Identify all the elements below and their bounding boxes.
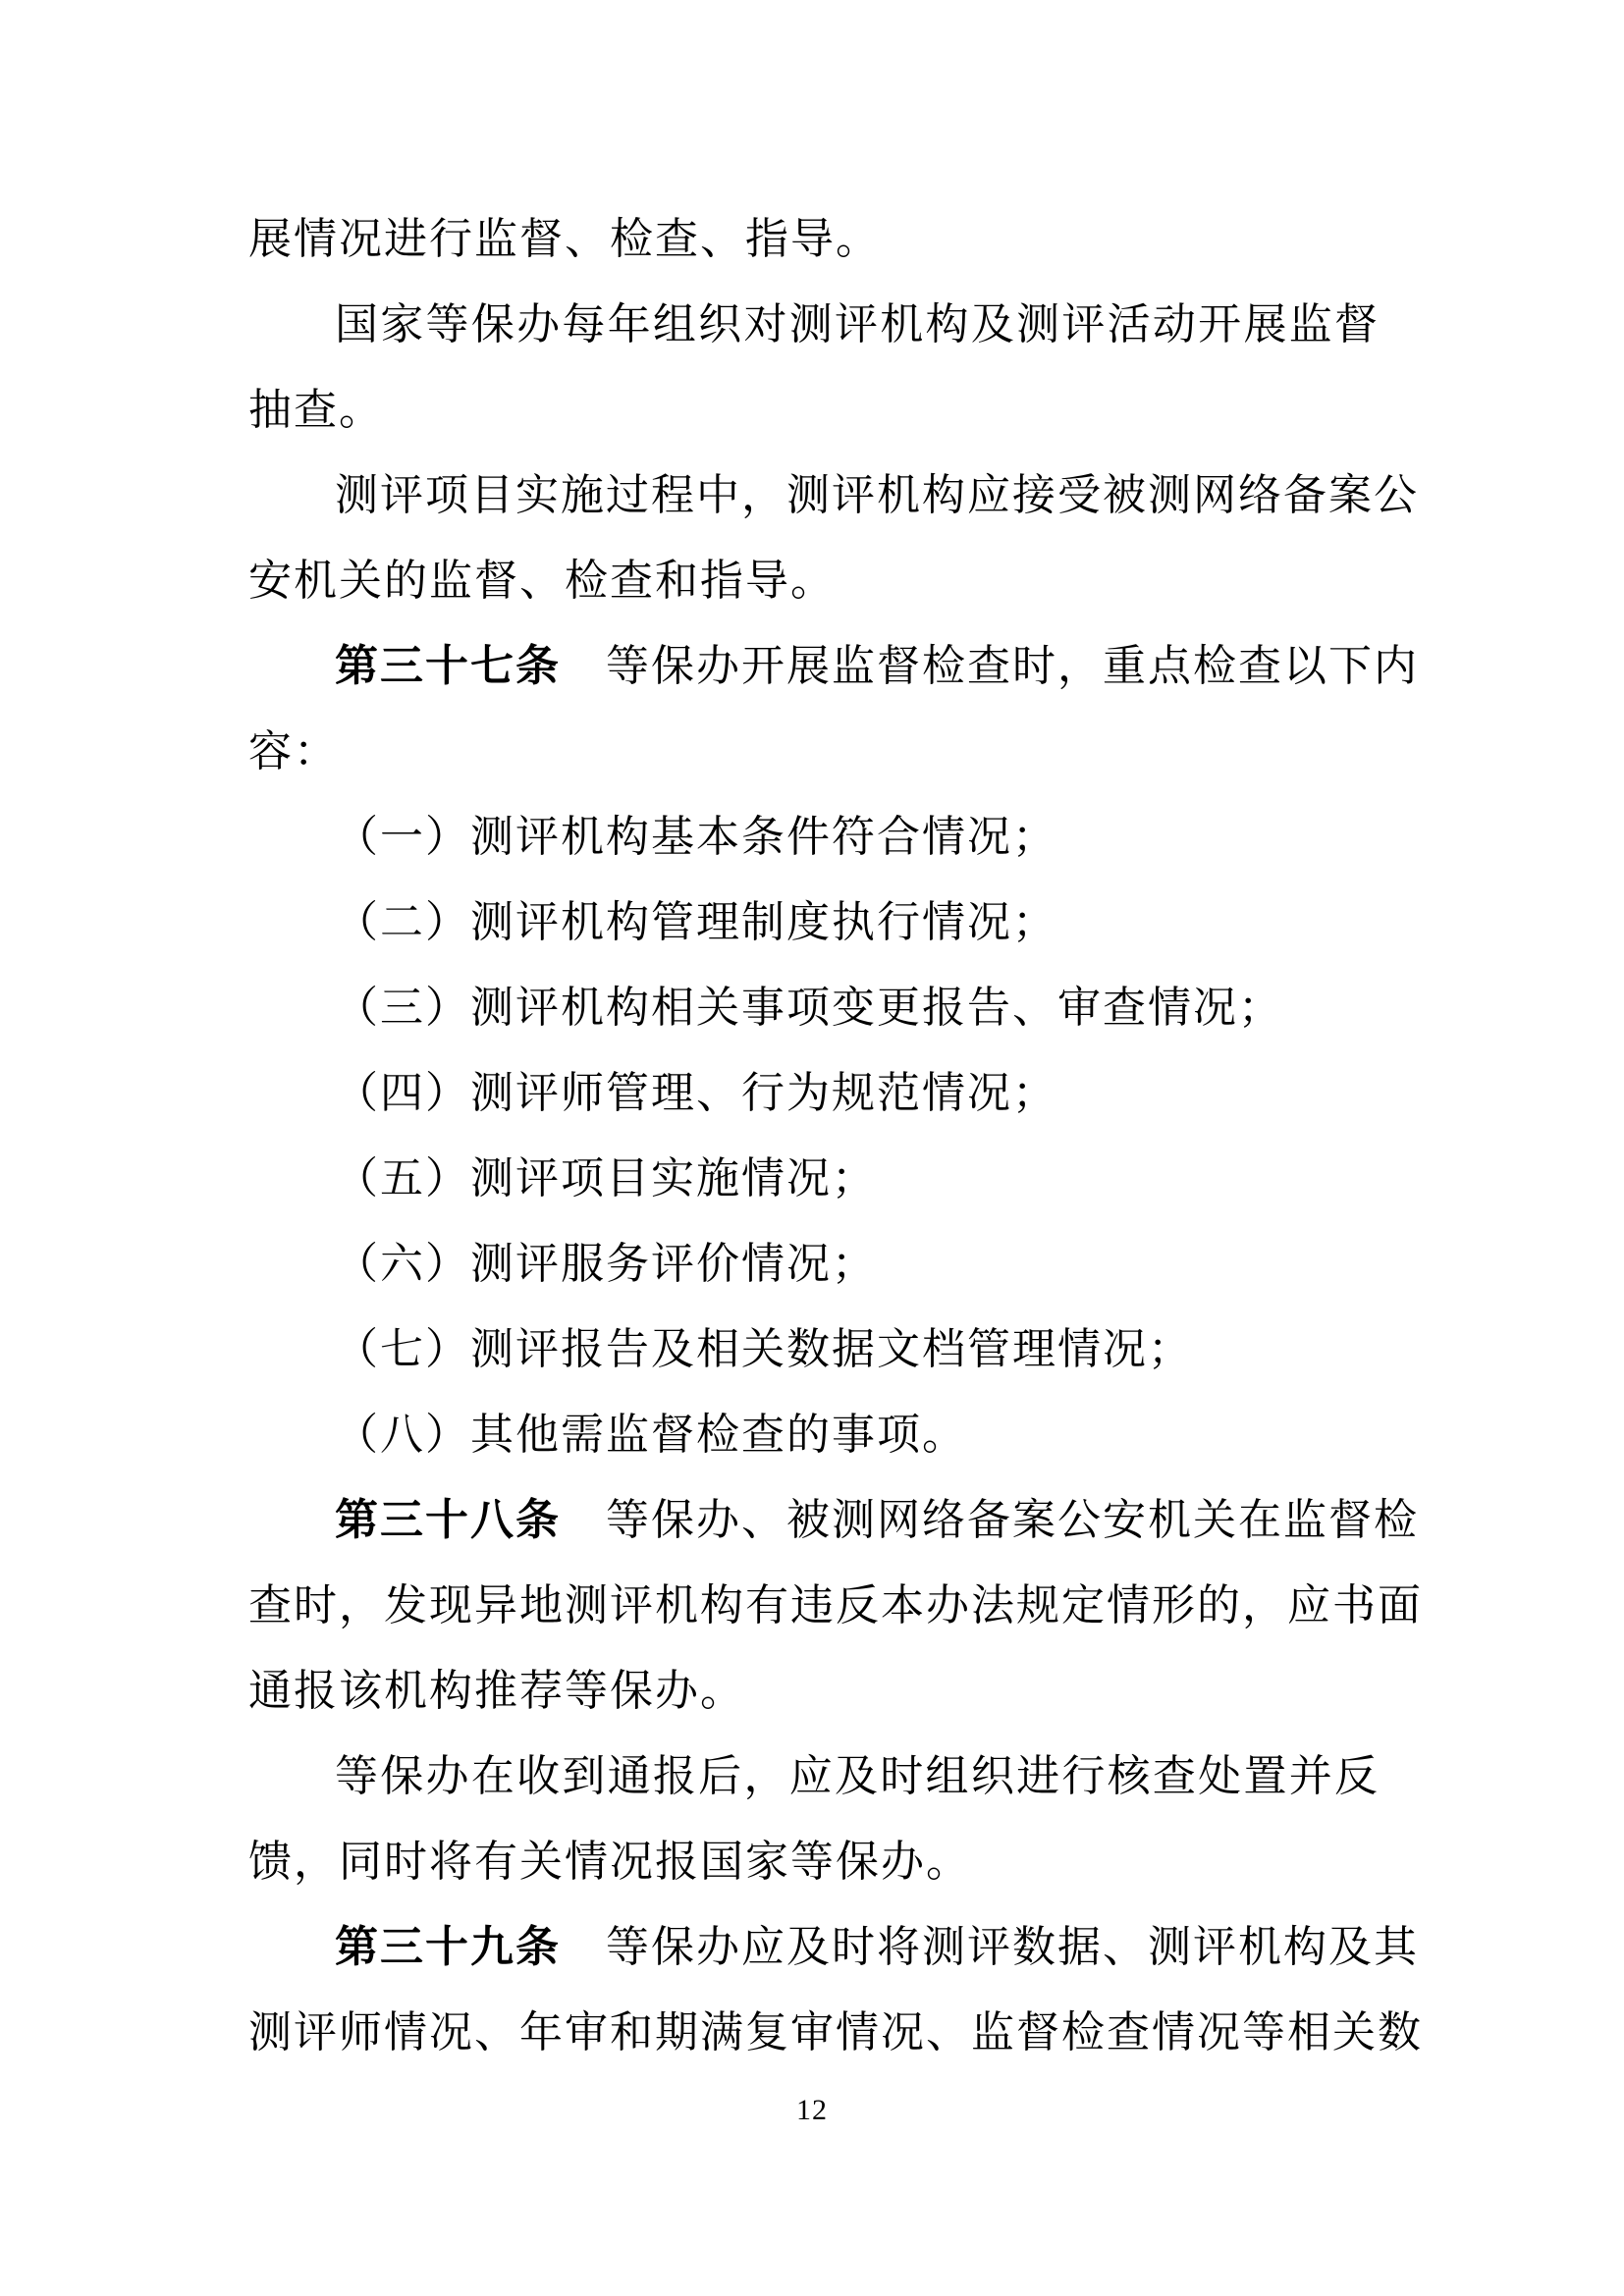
doc-line-article-38: 第三十八条 等保办、被测网络备案公安机关在监督检 [248,1477,1380,1563]
doc-line-item-4: （四）测评师管理、行为规范情况； [248,1050,1380,1136]
doc-line: 查时，发现异地测评机构有违反本办法规定情形的，应书面 [248,1563,1380,1648]
doc-line-item-5: （五）测评项目实施情况； [248,1136,1380,1221]
article-37-heading: 第三十七条 [335,642,561,690]
document-text-block: 展情况进行监督、检查、指导。 国家等保办每年组织对测评机构及测评活动开展监督 抽… [248,196,1380,2075]
doc-line-article-37: 第三十七条 等保办开展监督检查时，重点检查以下内 [248,623,1380,709]
doc-line-item-6: （六）测评服务评价情况； [248,1221,1380,1307]
doc-line-item-3: （三）测评机构相关事项变更报告、审查情况； [248,965,1380,1050]
doc-line: 安机关的监督、检查和指导。 [248,538,1380,623]
article-38-heading: 第三十八条 [335,1496,561,1544]
doc-line-item-2: （二）测评机构管理制度执行情况； [248,880,1380,965]
doc-line: 馈，同时将有关情况报国家等保办。 [248,1819,1380,1904]
doc-line-item-1: （一）测评机构基本条件符合情况； [248,794,1380,880]
doc-line: 测评师情况、年审和期满复审情况、监督检查情况等相关数 [248,1990,1380,2075]
doc-line-text: 等保办、被测网络备案公安机关在监督检 [561,1496,1419,1544]
doc-line: 国家等保办每年组织对测评机构及测评活动开展监督 [248,282,1380,367]
doc-line-item-7: （七）测评报告及相关数据文档管理情况； [248,1307,1380,1392]
doc-line: 抽查。 [248,367,1380,453]
doc-line-article-39: 第三十九条 等保办应及时将测评数据、测评机构及其 [248,1904,1380,1990]
doc-line-text: 等保办应及时将测评数据、测评机构及其 [561,1923,1419,1971]
doc-line: 通报该机构推荐等保办。 [248,1648,1380,1734]
doc-line-text: 等保办开展监督检查时，重点检查以下内 [561,642,1419,690]
document-page: 展情况进行监督、检查、指导。 国家等保办每年组织对测评机构及测评活动开展监督 抽… [0,0,1624,2296]
doc-line: 容： [248,709,1380,794]
doc-line: 测评项目实施过程中，测评机构应接受被测网络备案公 [248,453,1380,538]
page-number: 12 [0,2094,1624,2127]
doc-line-item-8: （八）其他需监督检查的事项。 [248,1392,1380,1477]
article-39-heading: 第三十九条 [335,1923,561,1971]
doc-line: 等保办在收到通报后，应及时组织进行核查处置并反 [248,1734,1380,1819]
doc-line: 展情况进行监督、检查、指导。 [248,196,1380,282]
